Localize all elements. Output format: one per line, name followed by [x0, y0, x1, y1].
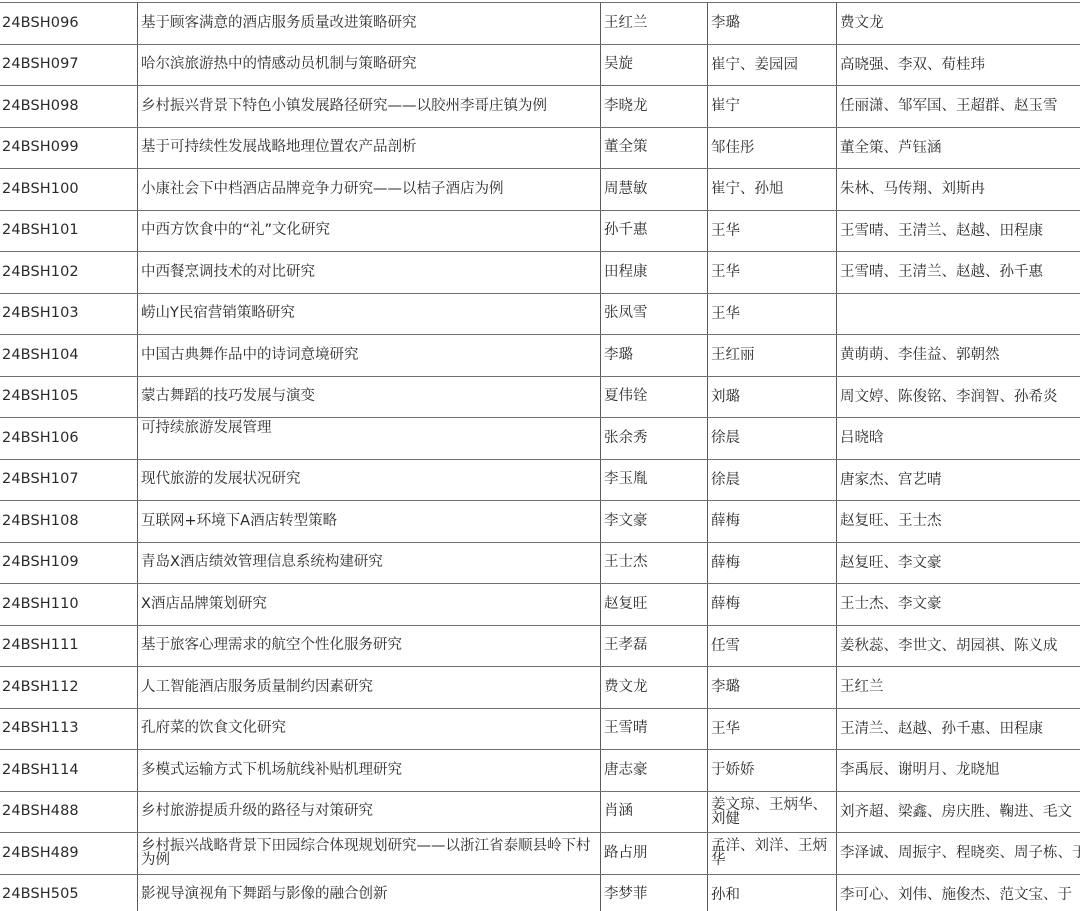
members-cell: 刘齐超、梁鑫、房庆胜、鞠进、毛文 [837, 792, 1080, 833]
table-row: 24BSH109 青岛X酒店绩效管理信息系统构建研究 王士杰 薛梅 赵复旺、李文… [0, 543, 1080, 585]
members-cell: 王红兰 [837, 667, 1080, 708]
members-cell: 王士杰、李文豪 [837, 584, 1080, 625]
project-title-cell: 乡村振兴背景下特色小镇发展路径研究——以胶州李哥庄镇为例 [138, 86, 601, 127]
advisor-cell: 王华 [708, 252, 837, 293]
table-row: 24BSH114 多模式运输方式下机场航线补贴机理研究 唐志豪 于娇娇 李禹辰、… [0, 750, 1080, 792]
members-cell: 任丽潇、邹军国、王超群、赵玉雪 [837, 86, 1080, 127]
leader-cell: 王孝磊 [601, 626, 708, 667]
table-row: 24BSH105 蒙古舞蹈的技巧发展与演变 夏伟铨 刘璐 周文婷、陈俊铭、李润智… [0, 377, 1080, 419]
table-row: 24BSH100 小康社会下中档酒店品牌竞争力研究——以桔子酒店为例 周慧敏 崔… [0, 169, 1080, 211]
project-title-cell: 影视导演视角下舞蹈与影像的融合创新 [138, 875, 601, 911]
project-title-cell: 中西方饮食中的“礼”文化研究 [138, 211, 601, 252]
project-id-cell: 24BSH096 [0, 3, 138, 44]
leader-cell: 王士杰 [601, 543, 708, 584]
table-row: 24BSH096 基于顾客满意的酒店服务质量改进策略研究 王红兰 李璐 费文龙 [0, 3, 1080, 45]
advisor-cell: 李璐 [708, 3, 837, 44]
leader-cell: 赵复旺 [601, 584, 708, 625]
project-title-cell: 蒙古舞蹈的技巧发展与演变 [138, 377, 601, 418]
advisor-cell: 刘璐 [708, 377, 837, 418]
leader-cell: 李晓龙 [601, 86, 708, 127]
advisor-cell: 王华 [708, 211, 837, 252]
advisor-cell: 崔宁、姜园园 [708, 45, 837, 86]
table-row: 24BSH098 乡村振兴背景下特色小镇发展路径研究——以胶州李哥庄镇为例 李晓… [0, 86, 1080, 128]
table-row: 24BSH112 人工智能酒店服务质量制约因素研究 费文龙 李璐 王红兰 [0, 667, 1080, 709]
project-id-cell: 24BSH113 [0, 709, 138, 750]
members-cell: 赵复旺、王士杰 [837, 501, 1080, 542]
table-row: 24BSH106 可持续旅游发展管理 张余秀 徐晨 吕晓晗 [0, 418, 1080, 460]
table-row: 24BSH097 哈尔滨旅游热中的情感动员机制与策略研究 吴旋 崔宁、姜园园 高… [0, 45, 1080, 87]
project-title-cell: 现代旅游的发展状况研究 [138, 460, 601, 501]
members-cell: 李泽诚、周振宇、程晓奕、周子栋、于井湄 [837, 833, 1080, 874]
project-id-cell: 24BSH098 [0, 86, 138, 127]
project-title-cell: 人工智能酒店服务质量制约因素研究 [138, 667, 601, 708]
members-cell: 姜秋蕊、李世文、胡园祺、陈义成 [837, 626, 1080, 667]
advisor-cell: 孟洋、刘洋、王炳华 [708, 833, 837, 874]
advisor-cell: 薛梅 [708, 501, 837, 542]
members-cell [837, 294, 1080, 335]
members-cell: 王雪晴、王清兰、赵越、田程康 [837, 211, 1080, 252]
project-title-cell: 青岛X酒店绩效管理信息系统构建研究 [138, 543, 601, 584]
project-id-cell: 24BSH097 [0, 45, 138, 86]
table-row: 24BSH488 乡村旅游提质升级的路径与对策研究 肖涵 姜文琼、王炳华、刘健 … [0, 792, 1080, 834]
members-cell: 周文婷、陈俊铭、李润智、孙希炎 [837, 377, 1080, 418]
table-row: 24BSH113 孔府菜的饮食文化研究 王雪晴 王华 王清兰、赵越、孙千惠、田程… [0, 709, 1080, 751]
project-id-cell: 24BSH102 [0, 252, 138, 293]
project-title-cell: 基于可持续性发展战略地理位置农产品剖析 [138, 128, 601, 169]
leader-cell: 田程康 [601, 252, 708, 293]
advisor-cell: 崔宁、孙旭 [708, 169, 837, 210]
table-row: 24BSH099 基于可持续性发展战略地理位置农产品剖析 董全策 邹佳彤 董全策… [0, 128, 1080, 170]
leader-cell: 周慧敏 [601, 169, 708, 210]
leader-cell: 孙千惠 [601, 211, 708, 252]
project-id-cell: 24BSH110 [0, 584, 138, 625]
leader-cell: 王红兰 [601, 3, 708, 44]
members-cell: 王雪晴、王清兰、赵越、孙千惠 [837, 252, 1080, 293]
advisor-cell: 徐晨 [708, 418, 837, 459]
members-cell: 唐家杰、宫艺晴 [837, 460, 1080, 501]
advisor-cell: 李璐 [708, 667, 837, 708]
advisor-cell: 薛梅 [708, 543, 837, 584]
project-id-cell: 24BSH103 [0, 294, 138, 335]
project-id-cell: 24BSH101 [0, 211, 138, 252]
project-id-cell: 24BSH099 [0, 128, 138, 169]
members-cell: 高晓强、李双、荀桂玮 [837, 45, 1080, 86]
leader-cell: 张凤雪 [601, 294, 708, 335]
project-title-cell: 多模式运输方式下机场航线补贴机理研究 [138, 750, 601, 791]
project-id-cell: 24BSH111 [0, 626, 138, 667]
project-title-cell: 小康社会下中档酒店品牌竞争力研究——以桔子酒店为例 [138, 169, 601, 210]
advisor-cell: 邹佳彤 [708, 128, 837, 169]
members-cell: 李禹辰、谢明月、龙晓旭 [837, 750, 1080, 791]
leader-cell: 唐志豪 [601, 750, 708, 791]
leader-cell: 吴旋 [601, 45, 708, 86]
project-id-cell: 24BSH105 [0, 377, 138, 418]
members-cell: 费文龙 [837, 3, 1080, 44]
table-row: 24BSH489 乡村振兴战略背景下田园综合体现规划研究——以浙江省泰顺县岭下村… [0, 833, 1080, 875]
table-row: 24BSH108 互联网+环境下A酒店转型策略 李文豪 薛梅 赵复旺、王士杰 [0, 501, 1080, 543]
table-row: 24BSH104 中国古典舞作品中的诗词意境研究 李璐 王红丽 黄萌萌、李佳益、… [0, 335, 1080, 377]
project-title-cell: 基于顾客满意的酒店服务质量改进策略研究 [138, 3, 601, 44]
advisor-cell: 徐晨 [708, 460, 837, 501]
project-id-cell: 24BSH109 [0, 543, 138, 584]
advisor-cell: 王华 [708, 709, 837, 750]
project-title-cell: 孔府菜的饮食文化研究 [138, 709, 601, 750]
project-id-cell: 24BSH108 [0, 501, 138, 542]
advisor-cell: 崔宁 [708, 86, 837, 127]
project-id-cell: 24BSH489 [0, 833, 138, 874]
members-cell: 吕晓晗 [837, 418, 1080, 459]
project-title-cell: 崂山Y民宿营销策略研究 [138, 294, 601, 335]
leader-cell: 李文豪 [601, 501, 708, 542]
table-row: 24BSH101 中西方饮食中的“礼”文化研究 孙千惠 王华 王雪晴、王清兰、赵… [0, 211, 1080, 253]
project-title-cell: 乡村旅游提质升级的路径与对策研究 [138, 792, 601, 833]
leader-cell: 董全策 [601, 128, 708, 169]
members-cell: 黄萌萌、李佳益、郭朝然 [837, 335, 1080, 376]
project-id-cell: 24BSH107 [0, 460, 138, 501]
advisor-cell: 薛梅 [708, 584, 837, 625]
project-id-cell: 24BSH112 [0, 667, 138, 708]
table-row: 24BSH107 现代旅游的发展状况研究 李玉胤 徐晨 唐家杰、宫艺晴 [0, 460, 1080, 502]
project-title-cell: 互联网+环境下A酒店转型策略 [138, 501, 601, 542]
advisor-cell: 于娇娇 [708, 750, 837, 791]
members-cell: 王清兰、赵越、孙千惠、田程康 [837, 709, 1080, 750]
leader-cell: 肖涵 [601, 792, 708, 833]
table-row: 24BSH102 中西餐烹调技术的对比研究 田程康 王华 王雪晴、王清兰、赵越、… [0, 252, 1080, 294]
project-id-cell: 24BSH114 [0, 750, 138, 791]
table-row: 24BSH103 崂山Y民宿营销策略研究 张凤雪 王华 [0, 294, 1080, 336]
leader-cell: 张余秀 [601, 418, 708, 459]
project-id-cell: 24BSH106 [0, 418, 138, 459]
leader-cell: 夏伟铨 [601, 377, 708, 418]
leader-cell: 李梦菲 [601, 875, 708, 911]
project-title-cell: 基于旅客心理需求的航空个性化服务研究 [138, 626, 601, 667]
leader-cell: 王雪晴 [601, 709, 708, 750]
advisor-cell: 任雪 [708, 626, 837, 667]
project-table: 24BSH096 基于顾客满意的酒店服务质量改进策略研究 王红兰 李璐 费文龙 … [0, 2, 1080, 911]
members-cell: 李可心、刘伟、施俊杰、范文宝、于 [837, 875, 1080, 911]
project-title-cell: 可持续旅游发展管理 [138, 418, 601, 459]
leader-cell: 李璐 [601, 335, 708, 376]
members-cell: 朱林、马传翔、刘斯冉 [837, 169, 1080, 210]
table-row: 24BSH111 基于旅客心理需求的航空个性化服务研究 王孝磊 任雪 姜秋蕊、李… [0, 626, 1080, 668]
table-row: 24BSH110 X酒店品牌策划研究 赵复旺 薛梅 王士杰、李文豪 [0, 584, 1080, 626]
members-cell: 赵复旺、李文豪 [837, 543, 1080, 584]
project-id-cell: 24BSH488 [0, 792, 138, 833]
project-id-cell: 24BSH104 [0, 335, 138, 376]
leader-cell: 路占朋 [601, 833, 708, 874]
project-title-cell: 中国古典舞作品中的诗词意境研究 [138, 335, 601, 376]
project-title-cell: 哈尔滨旅游热中的情感动员机制与策略研究 [138, 45, 601, 86]
advisor-cell: 王红丽 [708, 335, 837, 376]
project-title-cell: X酒店品牌策划研究 [138, 584, 601, 625]
project-id-cell: 24BSH505 [0, 875, 138, 911]
leader-cell: 费文龙 [601, 667, 708, 708]
members-cell: 董全策、芦钰涵 [837, 128, 1080, 169]
project-title-cell: 中西餐烹调技术的对比研究 [138, 252, 601, 293]
table-row: 24BSH505 影视导演视角下舞蹈与影像的融合创新 李梦菲 孙和 李可心、刘伟… [0, 875, 1080, 911]
advisor-cell: 孙和 [708, 875, 837, 911]
advisor-cell: 姜文琼、王炳华、刘健 [708, 792, 837, 833]
project-id-cell: 24BSH100 [0, 169, 138, 210]
advisor-cell: 王华 [708, 294, 837, 335]
project-title-cell: 乡村振兴战略背景下田园综合体现规划研究——以浙江省泰顺县岭下村为例 [138, 833, 601, 874]
leader-cell: 李玉胤 [601, 460, 708, 501]
